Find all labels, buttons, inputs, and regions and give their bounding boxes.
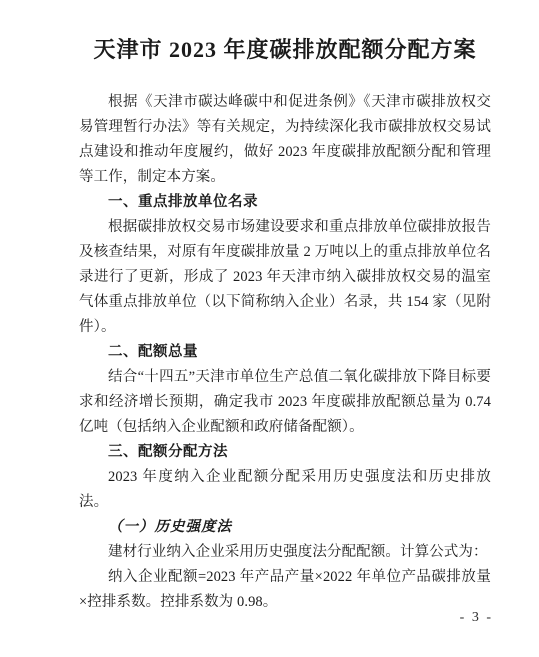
section-heading-3: 三、配额分配方法 xyxy=(79,440,491,465)
subsection-heading-1: （一）历史强度法 xyxy=(79,515,491,540)
section-heading-1: 一、重点排放单位名录 xyxy=(79,190,491,215)
paragraph-section-2: 结合“十四五”天津市单位生产总值二氧化碳排放下降目标要求和经济增长预期，确定我市… xyxy=(79,365,491,440)
document-title: 天津市 2023 年度碳排放配额分配方案 xyxy=(79,36,491,63)
paragraph-subsection-1: 建材行业纳入企业采用历史强度法分配配额。计算公式为： xyxy=(79,540,491,565)
paragraph-formula: 纳入企业配额=2023 年产品产量×2022 年单位产品碳排放量×控排系数。控排… xyxy=(79,565,491,615)
document-content: 天津市 2023 年度碳排放配额分配方案 根据《天津市碳达峰碳中和促进条例》《天… xyxy=(79,36,491,615)
document-page: 天津市 2023 年度碳排放配额分配方案 根据《天津市碳达峰碳中和促进条例》《天… xyxy=(0,0,539,657)
section-heading-2: 二、配额总量 xyxy=(79,340,491,365)
paragraph-section-1: 根据碳排放权交易市场建设要求和重点排放单位碳排放报告及核查结果，对原有年度碳排放… xyxy=(79,215,491,340)
paragraph-intro: 根据《天津市碳达峰碳中和促进条例》《天津市碳排放权交易管理暂行办法》等有关规定，… xyxy=(79,90,491,190)
page-number: - 3 - xyxy=(460,610,493,626)
paragraph-section-3: 2023 年度纳入企业配额分配采用历史强度法和历史排放法。 xyxy=(79,465,491,515)
